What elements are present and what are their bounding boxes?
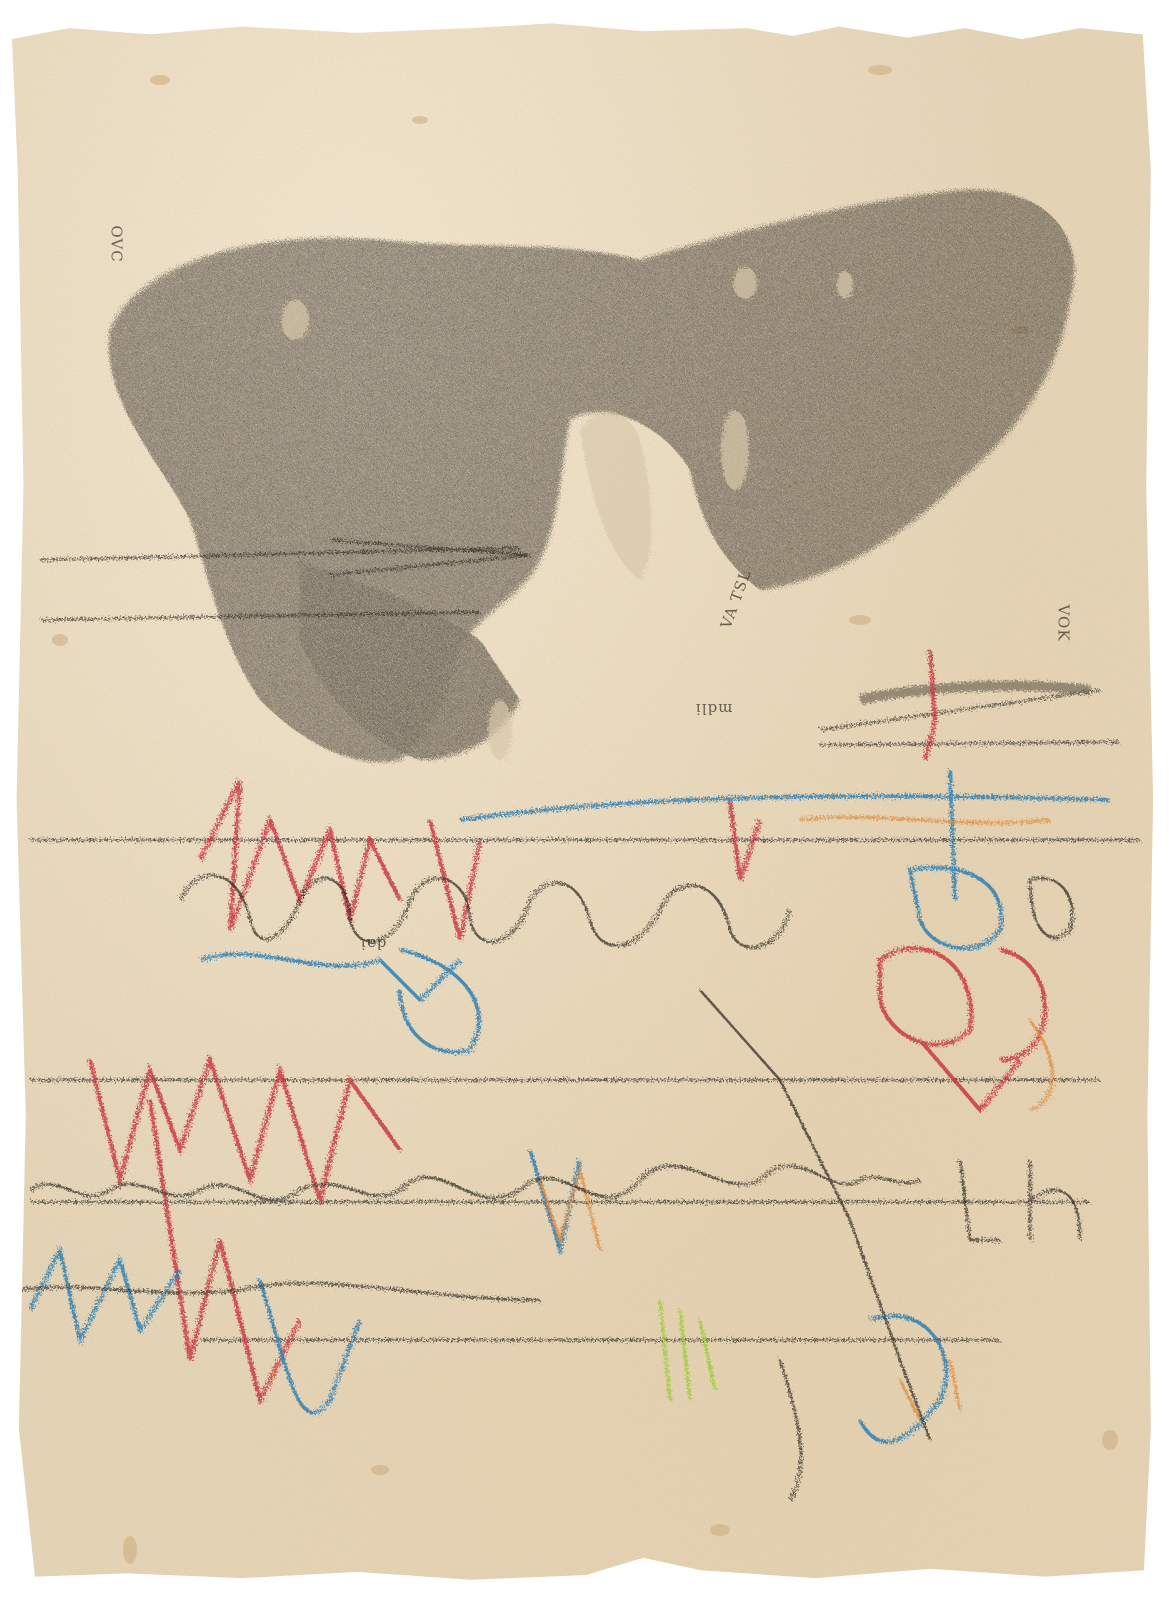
text-fragment: dai xyxy=(360,935,386,953)
text-fragment: mdli xyxy=(695,700,732,718)
text-fragment: VOK xyxy=(1055,604,1073,641)
text-fragment: OVC xyxy=(108,225,126,262)
artwork-drawing xyxy=(12,14,1160,1586)
paper-sheet: VA TSL VOK mdli dai OVC xyxy=(12,14,1160,1586)
